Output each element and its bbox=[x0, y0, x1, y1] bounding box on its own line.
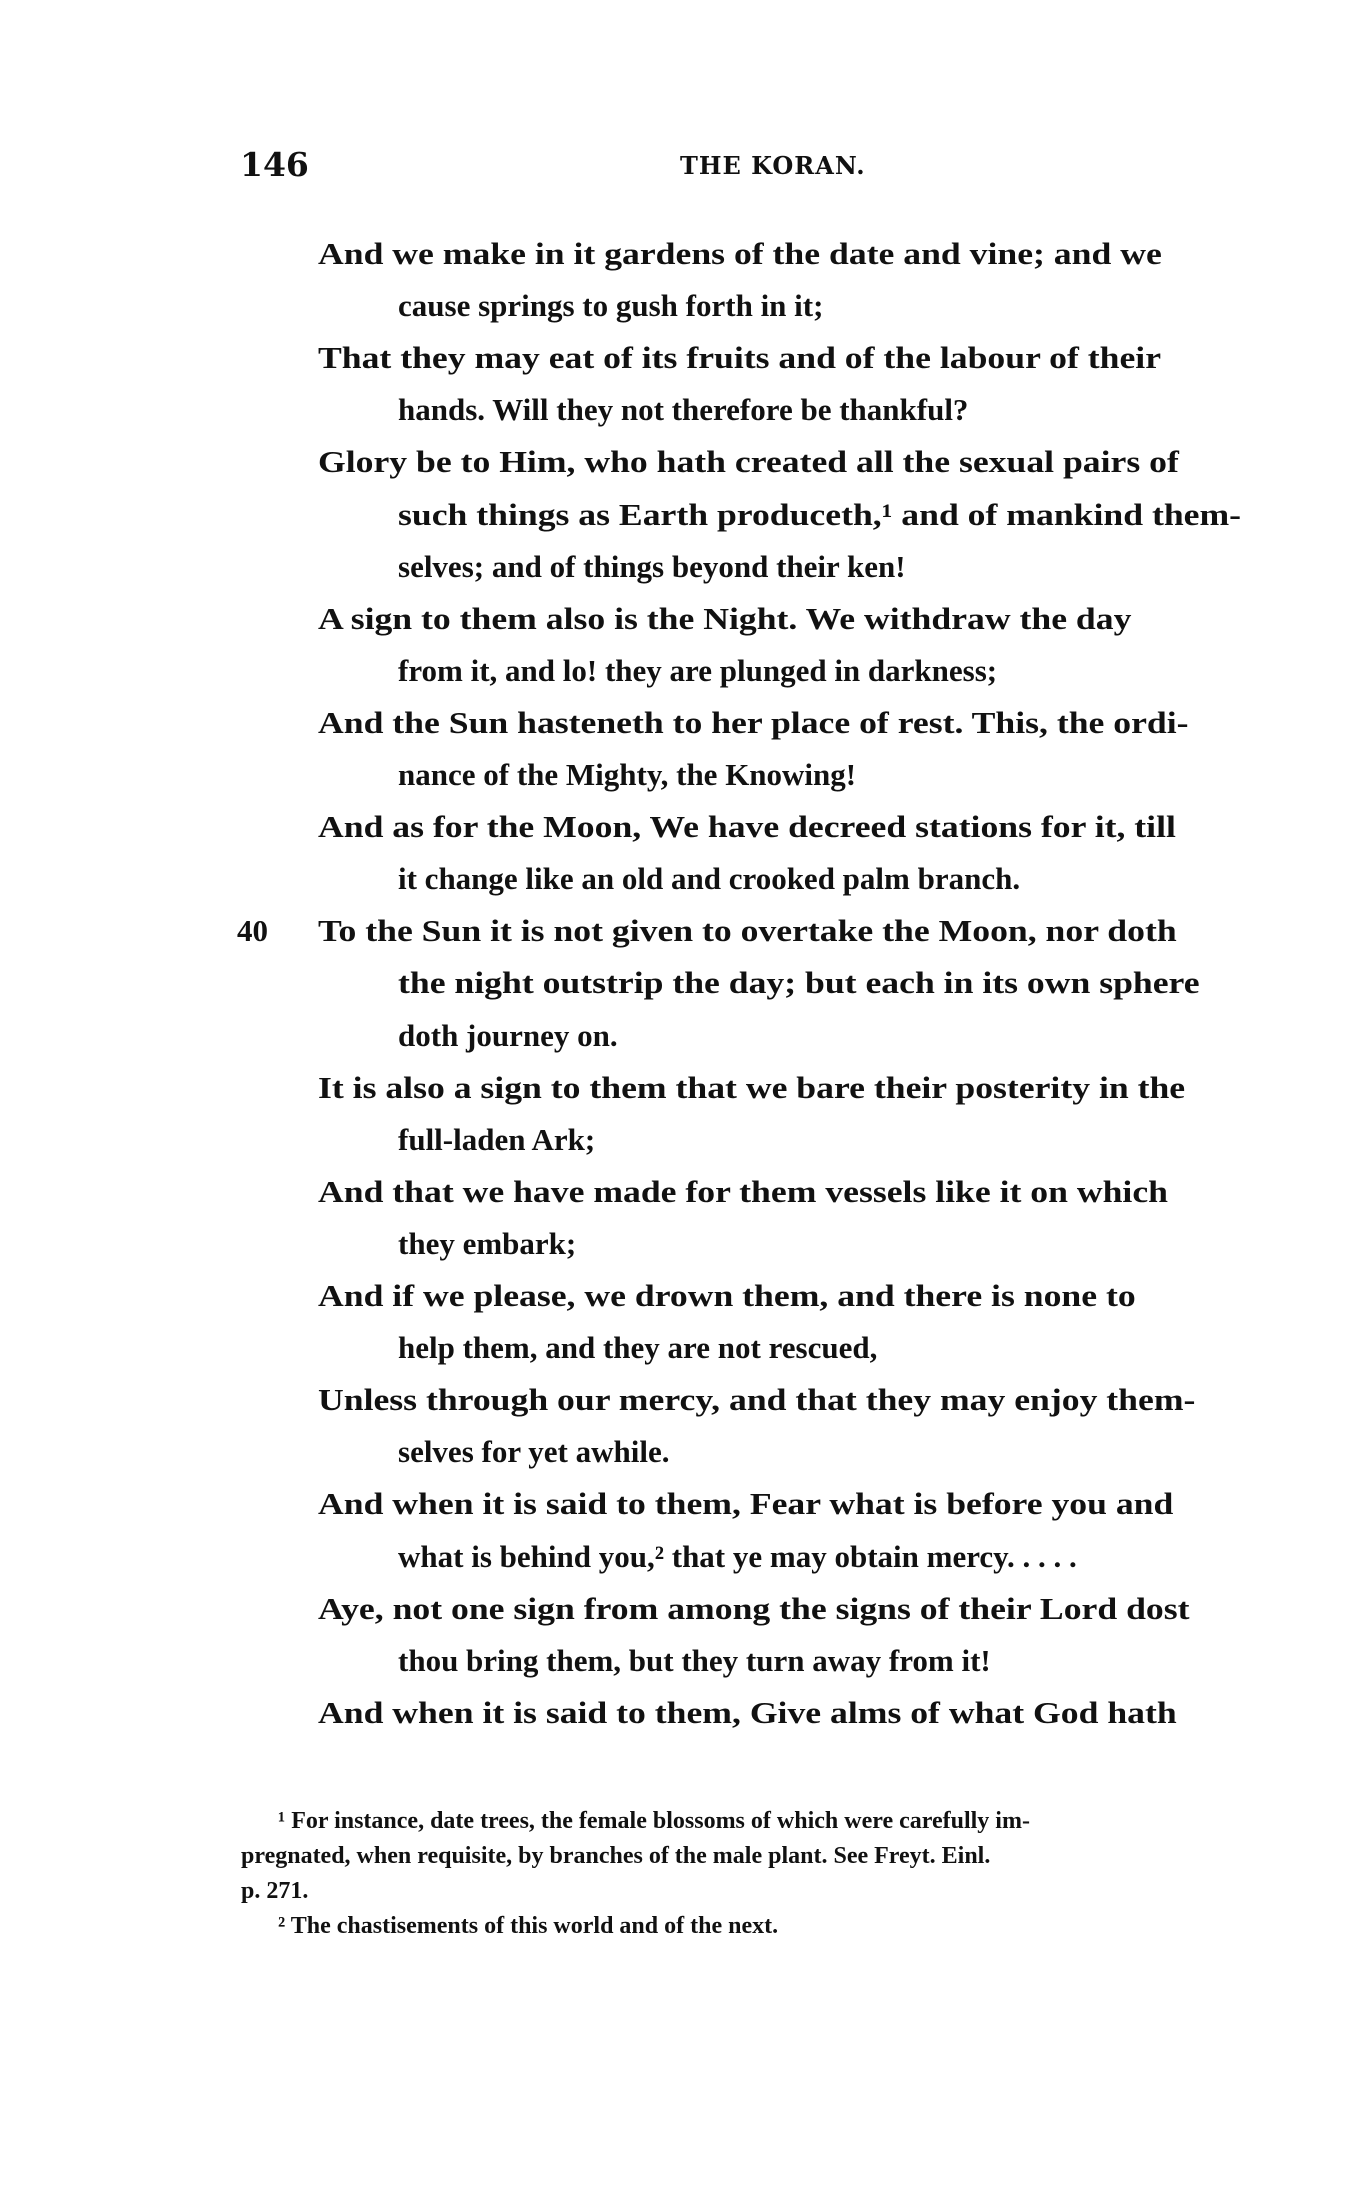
text-line: help them, and they are not rescued, bbox=[398, 1330, 877, 1382]
text-line: And when it is said to them, Give alms o… bbox=[318, 1695, 1177, 1747]
text-line: And as for the Moon, We have decreed sta… bbox=[318, 809, 1176, 861]
text-line: nance of the Mighty, the Knowing! bbox=[398, 757, 856, 809]
page-number: 146 bbox=[240, 145, 309, 184]
text-line: the night outstrip the day; but each in … bbox=[398, 965, 1200, 1017]
text-line: Glory be to Him, who hath created all th… bbox=[318, 444, 1179, 496]
text-line: Aye, not one sign from among the signs o… bbox=[318, 1591, 1189, 1643]
text-line: And that we have made for them vessels l… bbox=[318, 1174, 1168, 1226]
text-line: selves; and of things beyond their ken! bbox=[398, 549, 906, 601]
footnote-line: ¹ For instance, date trees, the female b… bbox=[278, 1808, 1030, 1835]
text-line: from it, and lo! they are plunged in dar… bbox=[398, 653, 997, 705]
text-line: it change like an old and crooked palm b… bbox=[398, 861, 1020, 913]
text-line: cause springs to gush forth in it; bbox=[398, 288, 823, 340]
text-line: And if we please, we drown them, and the… bbox=[318, 1278, 1136, 1330]
text-line: A sign to them also is the Night. We wit… bbox=[318, 601, 1131, 653]
text-line: That they may eat of its fruits and of t… bbox=[318, 340, 1161, 392]
text-line: And the Sun hasteneth to her place of re… bbox=[318, 705, 1189, 757]
text-line: And when it is said to them, Fear what i… bbox=[318, 1486, 1173, 1538]
text-line: doth journey on. bbox=[398, 1018, 618, 1070]
verse-number: 40 bbox=[237, 913, 268, 949]
running-title: THE KORAN. bbox=[680, 151, 866, 180]
text-line: It is also a sign to them that we bare t… bbox=[318, 1070, 1185, 1122]
text-line: hands. Will they not therefore be thankf… bbox=[398, 392, 968, 444]
text-line: selves for yet awhile. bbox=[398, 1434, 669, 1486]
text-line: To the Sun it is not given to overtake t… bbox=[318, 913, 1177, 965]
footnote-line: p. 271. bbox=[241, 1878, 308, 1905]
text-line: Unless through our mercy, and that they … bbox=[318, 1382, 1195, 1434]
text-line: such things as Earth produceth,¹ and of … bbox=[398, 497, 1241, 549]
text-line: And we make in it gardens of the date an… bbox=[318, 236, 1162, 288]
text-line: thou bring them, but they turn away from… bbox=[398, 1643, 991, 1695]
running-header: 146 THE KORAN. bbox=[0, 145, 1346, 189]
text-line: they embark; bbox=[398, 1226, 576, 1278]
text-line: what is behind you,² that ye may obtain … bbox=[398, 1539, 1077, 1591]
footnote-line: ² The chastisements of this world and of… bbox=[278, 1913, 778, 1940]
text-line: full-laden Ark; bbox=[398, 1122, 595, 1174]
footnote-line: pregnated, when requisite, by branches o… bbox=[241, 1843, 990, 1870]
